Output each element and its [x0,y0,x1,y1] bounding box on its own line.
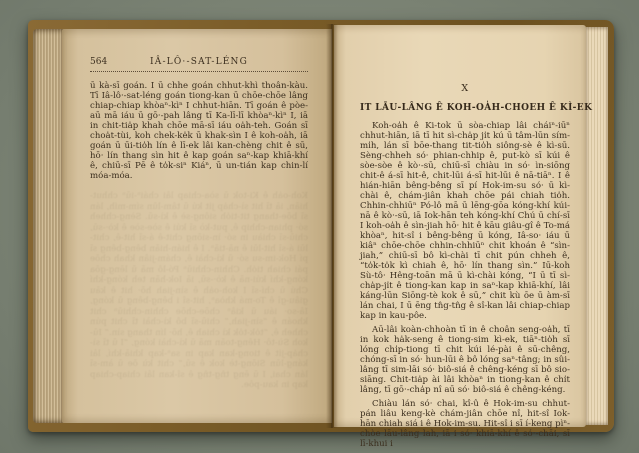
left-page-edges [33,29,63,423]
header-rule [90,71,308,72]
right-page-paragraph: Chiàu lán só· chai, kî-û ê Hok-im-su chh… [360,399,570,449]
left-page-paragraph: ū kà-sī goán. I ū chhe goán chhut-khì th… [90,81,308,181]
right-page: X IT LĀU-LÂNG Ê KOH-OA̍H-CHOEH Ê KÌ-EK K… [334,25,586,427]
right-page-edges [586,27,608,425]
chapter-title: IT LĀU-LÂNG Ê KOH-OA̍H-CHOEH Ê KÌ-EK [360,103,570,113]
book-gutter-shadow [326,24,338,428]
book: 564 IÂ-LÔ·-SAT-LÉNG ū kà-sī goán. I ū ch… [28,20,614,432]
show-through-text: Koh-oa̍h ê Ki-tok ū sòa-chiap lâi cháiⁿ-… [90,191,308,391]
chapter-number: X [360,83,570,94]
running-header-title: IÂ-LÔ·-SAT-LÉNG [150,57,248,67]
right-page-content: X IT LĀU-LÂNG Ê KOH-OA̍H-CHOEH Ê KÌ-EK K… [360,83,570,417]
left-page-content: 564 IÂ-LÔ·-SAT-LÉNG ū kà-sī goán. I ū ch… [90,57,308,409]
page-number: 564 [90,57,107,67]
photo-of-open-book: 564 IÂ-LÔ·-SAT-LÉNG ū kà-sī goán. I ū ch… [0,0,639,453]
right-page-paragraph: Koh-oa̍h ê Ki-tok ū sòa-chiap lâi cháiⁿ-… [360,121,570,321]
running-header: 564 IÂ-LÔ·-SAT-LÉNG [90,57,308,67]
right-page-paragraph: Aū-lâi koàn-chhoàn tī in ê choân seng-oa… [360,325,570,395]
left-page: 564 IÂ-LÔ·-SAT-LÉNG ū kà-sī goán. I ū ch… [62,29,332,423]
